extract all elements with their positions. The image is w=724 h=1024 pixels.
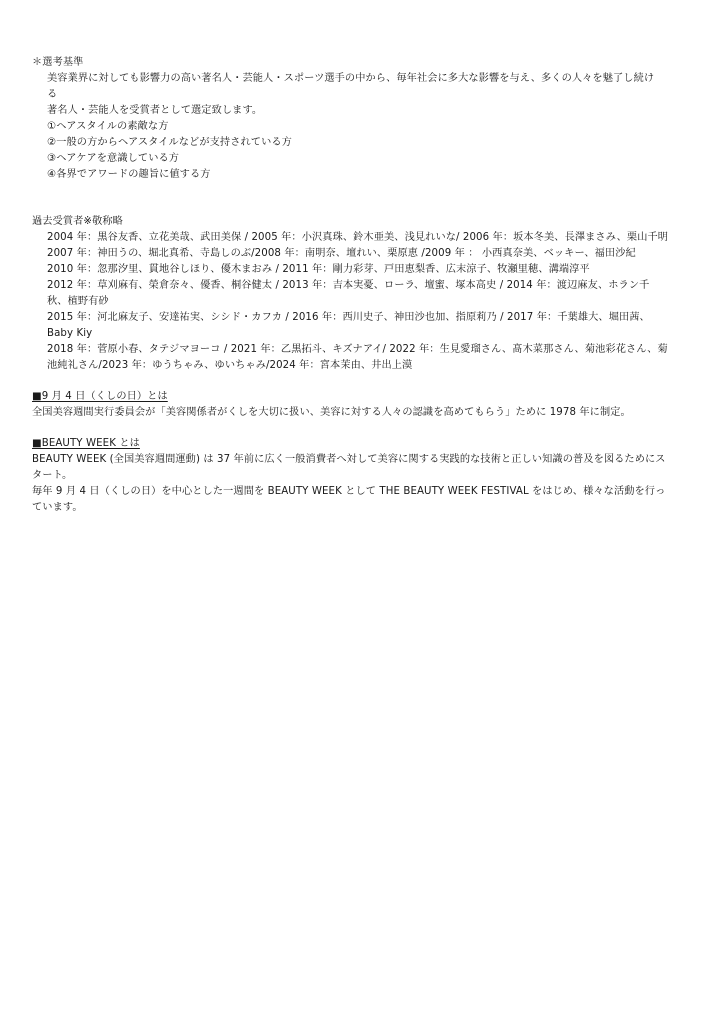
past-winners-heading: 過去受賞者※敬称略 [32,214,123,229]
beauty-week-text: 毎年 9 月 4 日（くしの日）を中心とした一週間を BEAUTY WEEK と… [32,484,665,499]
criteria-item: ④各界でアワードの趣旨に値する方 [47,167,211,182]
criteria-text: 美容業界に対しても影響力の高い著名人・芸能人・スポーツ選手の中から、毎年社会に多… [47,71,654,86]
kushi-day-text: 全国美容週間実行委員会が「美容関係者がくしを大切に扱い、美容に対する人々の認識を… [32,405,631,420]
past-winners-line: 秋、植野有砂 [47,294,109,309]
criteria-item: ②一般の方からヘアスタイルなどが支持されている方 [47,135,292,150]
criteria-heading: ＊選考基準 [32,55,83,70]
criteria-text: る [47,87,57,102]
past-winners-line: 2018 年：菅原小春、タテジマヨーコ / 2021 年：乙黒拓斗、キズナアイ/… [47,342,668,357]
past-winners-line: 2015 年：河北麻友子、安達祐実、シシド・カフカ / 2016 年：西川史子、… [47,310,650,325]
past-winners-line: 2007 年：神田うの、堀北真希、寺島しのぶ/2008 年：南明奈、壇れい、栗原… [47,246,636,261]
past-winners-line: 池純礼さん/2023 年：ゆうちゃみ、ゆいちゃみ/2024 年：宮本茉由、井出上… [47,358,412,373]
beauty-week-text: ています。 [32,500,83,515]
beauty-week-text: タート。 [32,468,72,483]
criteria-item: ③ヘアケアを意識している方 [47,151,179,166]
document-page: ＊選考基準 美容業界に対しても影響力の高い著名人・芸能人・スポーツ選手の中から、… [0,0,724,1024]
past-winners-line: 2004 年：黒谷友香、立花美哉、武田美保 / 2005 年：小沢真珠、鈴木亜美… [47,230,668,245]
criteria-item: ①ヘアスタイルの素敵な方 [47,119,168,134]
kushi-day-heading: ■9 月 4 日（くしの日）とは [32,389,168,404]
beauty-week-heading: ■BEAUTY WEEK とは [32,436,140,451]
criteria-text: 著名人・芸能人を受賞者として選定致します。 [47,103,262,118]
past-winners-line: Baby Kiy [47,326,92,341]
past-winners-line: 2010 年：忽那汐里、貫地谷しほり、優木まおみ / 2011 年：剛力彩芽、戸… [47,262,590,277]
past-winners-line: 2012 年：草刈麻有、榮倉奈々、優香、桐谷健太 / 2013 年：吉本実憂、ロ… [47,278,649,293]
beauty-week-text: BEAUTY WEEK (全国美容週間運動) は 37 年前に広く一般消費者へ対… [32,452,666,467]
